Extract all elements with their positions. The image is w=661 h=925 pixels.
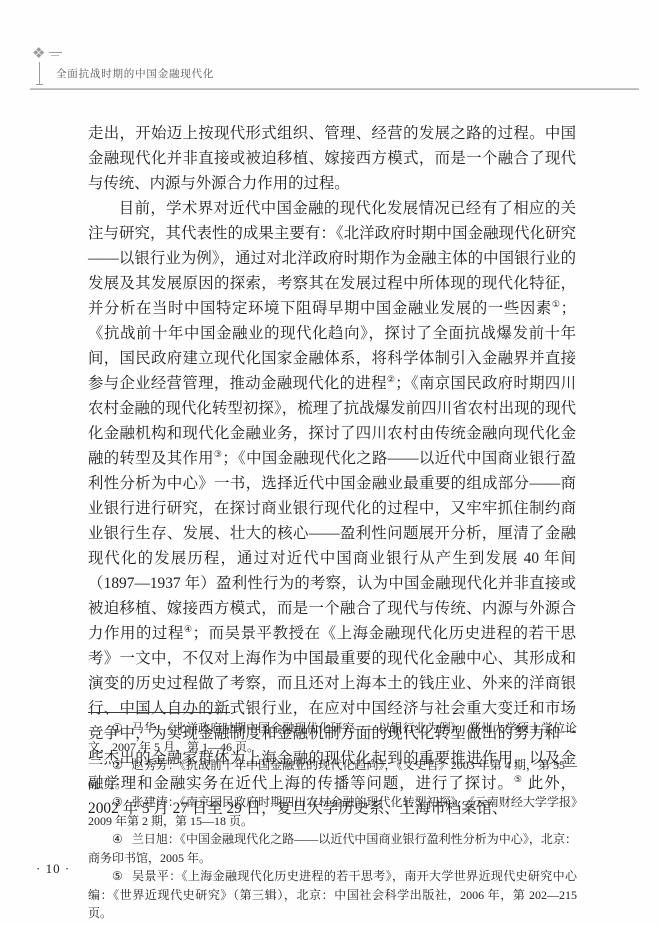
body-text: 走出，开始迈上按现代形式组织、管理、经营的发展之路的过程。中国金融现代化并非直接… <box>88 121 576 821</box>
footnote-ref: ④ <box>184 624 193 634</box>
footnote-item: ③张建涛：《南京国民政府时期四川农村金融的现代化转型初探》，《云南财经大学学报》… <box>88 793 577 830</box>
footnote-marker: ⑤ <box>112 869 132 883</box>
footnote-item: ②赵秀芳：《抗战前十年中国金融业的现代化趋向》，《文史哲》2003 年第 4 期… <box>88 756 577 793</box>
running-header-title: 全面抗战时期的中国金融现代化 <box>56 66 214 81</box>
footnote-ref: ① <box>552 299 561 309</box>
flower-icon: ❖ <box>32 46 45 61</box>
footnote-text: 马华：《北洋政府时期中国金融现代化研究——以银行业为例》，郑州大学硕士学位论文，… <box>88 721 577 754</box>
footnote-item: ①马华：《北洋政府时期中国金融现代化研究——以银行业为例》，郑州大学硕士学位论文… <box>88 719 577 756</box>
footnote-separator <box>88 712 230 713</box>
footnote-text: 张建涛：《南京国民政府时期四川农村金融的现代化转型初探》，《云南财经大学学报》2… <box>88 795 577 828</box>
ornament-foot <box>36 84 43 85</box>
ornament-dash <box>49 52 62 53</box>
header-rule <box>30 88 639 90</box>
footnote-text: 兰日旭：《中国金融现代化之路——以近代中国商业银行盈利性分析为中心》，北京：商务… <box>88 832 577 865</box>
ornament-dash-small <box>51 55 59 56</box>
page-number: · 10 · <box>36 861 70 877</box>
footnote-item: ⑤吴景平：《上海金融现代化历史进程的若干思考》，南开大学世界近现代史研究中心编：… <box>88 867 577 923</box>
footnotes-section: ①马华：《北洋政府时期中国金融现代化研究——以银行业为例》，郑州大学硕士学位论文… <box>88 719 577 923</box>
text-run: ；《中国金融现代化之路——以近代中国商业银行盈利性分析为中心》一书，选择近代中国… <box>88 450 576 642</box>
running-header: ❖ 全面抗战时期的中国金融现代化 <box>30 46 640 94</box>
footnote-item: ④兰日旭：《中国金融现代化之路——以近代中国商业银行盈利性分析为中心》，北京：商… <box>88 830 577 867</box>
footnote-marker: ③ <box>112 795 132 809</box>
footnote-marker: ④ <box>112 832 132 846</box>
paragraph-continuation: 走出，开始迈上按现代形式组织、管理、经营的发展之路的过程。中国金融现代化并非直接… <box>88 121 576 196</box>
book-page: ❖ 全面抗战时期的中国金融现代化 走出，开始迈上按现代形式组织、管理、经营的发展… <box>0 0 661 925</box>
footnote-marker: ① <box>112 721 132 735</box>
footnote-text: 赵秀芳：《抗战前十年中国金融业的现代化趋向》，《文史哲》2003 年第 4 期，… <box>88 758 577 791</box>
text-run: 目前，学术界对近代中国金融的现代化发展情况已经有了相应的关注与研究，其代表性的成… <box>88 200 576 317</box>
footnote-text: 吴景平：《上海金融现代化历史进程的若干思考》，南开大学世界近现代史研究中心编：《… <box>88 869 577 920</box>
footnote-marker: ② <box>112 758 132 772</box>
ornament-stem <box>39 62 40 84</box>
